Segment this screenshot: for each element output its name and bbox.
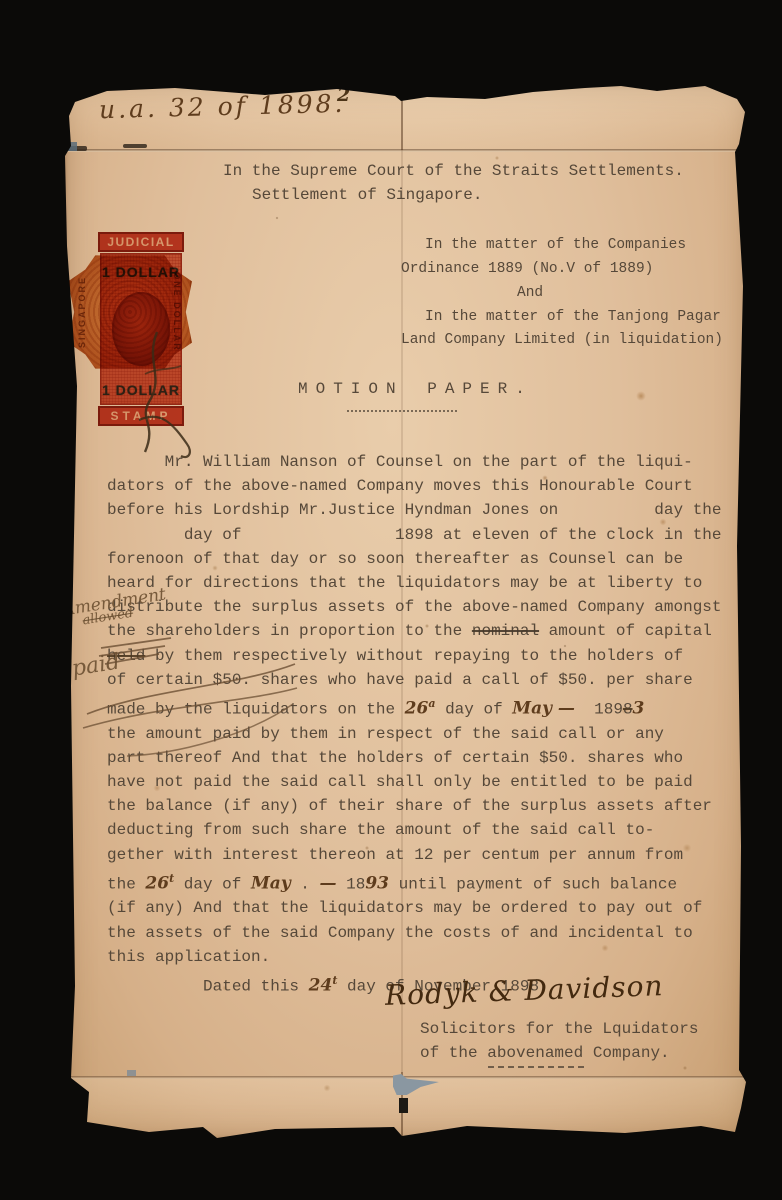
matter-line4: In the matter of the Tanjong Pagar (425, 306, 721, 330)
body-text: Mr. William Nanson of Counsel on the par… (107, 450, 752, 998)
body-line: the assets of the said Company the costs… (107, 921, 752, 945)
body-line: the shareholders in proportion to the no… (107, 619, 752, 643)
body-line: Mr. William Nanson of Counsel on the par… (107, 450, 752, 474)
blue-mark-left-edge (65, 142, 77, 151)
body-line: dators of the above-named Company moves … (107, 474, 752, 498)
matter-line5: Land Company Limited (in liquidation) (401, 329, 723, 353)
signature-role-line2: of the abovenamed Company. (420, 1044, 670, 1062)
body-line: part thereof And that the holders of cer… (107, 746, 752, 770)
judicial-revenue-stamp: JUDICIAL STAMP 1 DOLLAR 1 DOLLAR (96, 232, 186, 428)
stamp-one-dollar-bottom: 1 DOLLAR (96, 382, 186, 398)
stamp-stamp-label: STAMP (98, 406, 184, 426)
document-paper: u.a. 32 of 1898. 2 In the Supreme Court … (65, 86, 747, 1138)
body-line: made by the liquidators on the 26a day o… (107, 692, 752, 722)
body-line: this application. (107, 945, 752, 969)
body-line: the balance (if any) of their share of t… (107, 794, 752, 818)
fold-crease-top (65, 149, 747, 152)
body-line: of certain $50. shares who have paid a c… (107, 668, 752, 692)
signature-underline (488, 1066, 584, 1068)
body-line: held by them respectively without repayi… (107, 644, 752, 668)
ink-smudge (123, 144, 147, 148)
top-fold-flap-right (401, 86, 747, 149)
body-line: before his Lordship Mr.Justice Hyndman J… (107, 498, 752, 522)
matter-line1: In the matter of the Companies (425, 234, 686, 258)
matter-line2: Ordinance 1889 (No.V of 1889) (401, 258, 653, 282)
title-underline (347, 410, 457, 412)
octagon-stamp-left-text: SINGAPORE (77, 276, 87, 348)
body-line: deducting from such share the amount of … (107, 818, 752, 842)
photograph-of-document: { "document": { "type": "archival legal … (0, 0, 782, 1200)
matter-line3: And (517, 282, 543, 306)
body-line: the amount paid by them in respect of th… (107, 722, 752, 746)
stamp-portrait-oval (112, 292, 170, 366)
court-header-line1: In the Supreme Court of the Straits Sett… (223, 162, 684, 180)
blue-mark-bottom (127, 1070, 136, 1076)
document-title: MOTION PAPER. (298, 380, 533, 398)
body-line: day of 1898 at eleven of the clock in th… (107, 523, 752, 547)
handwritten-docket-number: 2 (337, 84, 350, 106)
black-mark-bottom (399, 1098, 408, 1113)
body-line: forenoon of that day or so soon thereaft… (107, 547, 752, 571)
stamp-one-dollar-top: 1 DOLLAR (96, 264, 186, 280)
body-line: the 26t day of May . — 1893 until paymen… (107, 867, 752, 897)
pencil-marginalia: Amendmentallowedpaid (61, 584, 177, 681)
body-line: have not paid the said call shall only b… (107, 770, 752, 794)
court-header-line2: Settlement of Singapore. (252, 186, 482, 204)
body-line: (if any) And that the liquidators may be… (107, 896, 752, 920)
stamp-judicial-label: JUDICIAL (98, 232, 184, 252)
body-line: heard for directions that the liquidator… (107, 571, 752, 595)
body-line: distribute the surplus assets of the abo… (107, 595, 752, 619)
signature-role-line1: Solicitors for the Lquidators (420, 1020, 698, 1038)
body-line: gether with interest thereon at 12 per c… (107, 843, 752, 867)
